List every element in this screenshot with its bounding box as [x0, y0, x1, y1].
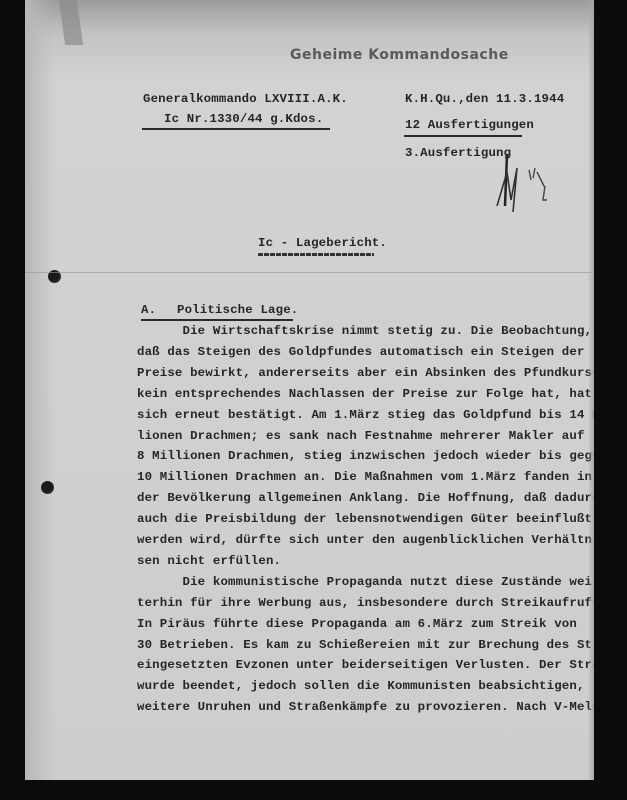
header-command: Generalkommando LXVIII.A.K.: [143, 92, 348, 106]
section-heading: Politische Lage.: [177, 303, 298, 317]
body-line: 8 Millionen Drachmen, stieg inzwischen j…: [137, 449, 594, 463]
header-left-underline: [142, 128, 330, 130]
body-line: eingesetzten Evzonen unter beiderseitige…: [137, 658, 594, 672]
body-line: In Piräus führte diese Propaganda am 6.M…: [137, 617, 577, 631]
title-underline: [258, 253, 374, 256]
handwritten-initials-icon: [493, 150, 563, 220]
header-right-underline: [404, 135, 522, 137]
tape-mark: [59, 0, 83, 45]
body-line: auch die Preisbildung der lebensnotwendi…: [137, 512, 592, 526]
section-underline: [141, 319, 293, 321]
body-line: weitere Unruhen und Straßenkämpfe zu pro…: [137, 700, 594, 714]
body-line: terhin für ihre Werbung aus, insbesonder…: [137, 596, 594, 610]
body-line: kein entsprechendes Nachlassen der Preis…: [137, 387, 592, 401]
body-line: lionen Drachmen; es sank nach Festnahme …: [137, 429, 585, 443]
report-title: Ic - Lagebericht.: [258, 236, 387, 250]
classification-stamp: Geheime Kommandosache: [290, 47, 509, 63]
section-label: A.: [141, 303, 156, 317]
body-line: Die Wirtschaftskrise nimmt stetig zu. Di…: [137, 324, 592, 338]
body-line: wurde beendet, jedoch sollen die Kommuni…: [137, 679, 585, 693]
punch-hole: [41, 481, 54, 494]
place-date: K.H.Qu.,den 11.3.1944: [405, 92, 564, 106]
body-line: daß das Steigen des Goldpfundes automati…: [137, 345, 585, 359]
copies-count: 12 Ausfertigungen: [405, 118, 534, 132]
body-line: sich erneut bestätigt. Am 1.März stieg d…: [137, 408, 594, 422]
body-line: werden wird, dürfte sich unter den augen…: [137, 533, 594, 547]
fold-line: [25, 272, 594, 273]
body-line: der Bevölkerung allgemeinen Anklang. Die…: [137, 491, 594, 505]
header-reference-number: Ic Nr.1330/44 g.Kdos.: [164, 112, 323, 126]
body-line: sen nicht erfüllen.: [137, 554, 281, 568]
body-line: Die kommunistische Propaganda nutzt dies…: [137, 575, 594, 589]
body-line: 30 Betrieben. Es kam zu Schießereien mit…: [137, 638, 594, 652]
document-page: Geheime Kommandosache Generalkommando LX…: [25, 0, 594, 780]
body-line: 10 Millionen Drachmen an. Die Maßnahmen …: [137, 470, 592, 484]
body-line: Preise bewirkt, andererseits aber ein Ab…: [137, 366, 594, 380]
